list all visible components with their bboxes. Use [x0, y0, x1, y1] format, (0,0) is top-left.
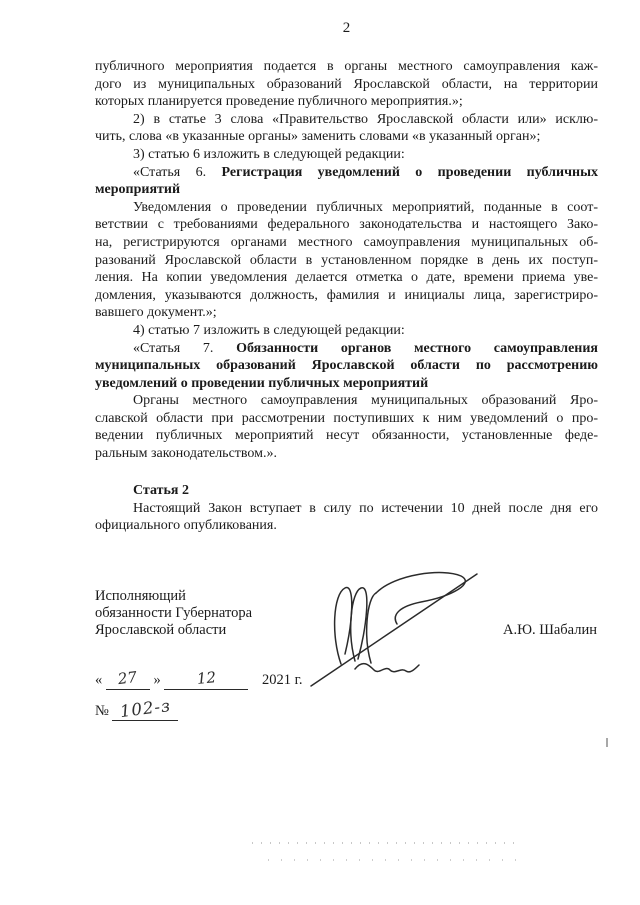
text-line: которых планируется проведение публичног…	[95, 93, 598, 111]
signatory-position-line: обязанности Губернатора	[95, 605, 252, 622]
text-line: дого из муниципальных образований Яросла…	[95, 76, 598, 94]
text-line: домления, указываются должность, фамилия…	[95, 287, 598, 305]
date-line: « 27 » 12 2021 г.	[95, 670, 303, 690]
number-underline: 102-з	[112, 700, 178, 721]
close-quote: »	[154, 672, 161, 688]
text-line: ветствии с требованиями федерального зак…	[95, 216, 598, 234]
number-sign: №	[95, 703, 109, 719]
signature-scribble-icon	[303, 566, 488, 701]
text-line: славской области при рассмотрении поступ…	[95, 410, 598, 428]
month-underline: 12	[164, 670, 248, 690]
scan-artifact-speckles	[252, 842, 520, 844]
text-line: Уведомления о проведении публичных мероп…	[95, 199, 598, 217]
text-line: уведомлений о проведении публичных мероп…	[95, 375, 598, 393]
day-underline: 27	[106, 670, 150, 690]
signatory-name: А.Ю. Шабалин	[503, 622, 597, 639]
text-line: ведении публичных мероприятий несут обяз…	[95, 427, 598, 445]
number-line: № 102-з	[95, 700, 178, 721]
text-line: 4) статью 7 изложить в следующей редакци…	[95, 322, 598, 340]
signatory-position-line: Ярославской области	[95, 622, 252, 639]
scan-artifact-speckles	[268, 859, 516, 861]
signatory-position-line: Исполняющий	[95, 588, 252, 605]
open-quote: «	[95, 672, 102, 688]
page-number: 2	[95, 20, 598, 37]
article-2-block: Статья 2Настоящий Закон вступает в силу …	[95, 482, 598, 535]
text-line: вавшего документ.»;	[95, 304, 598, 322]
text-line: официального опубликования.	[95, 517, 598, 535]
text-line: муниципальных образований Ярославской об…	[95, 357, 598, 375]
scanned-document-page: 2 публичного мероприятия подается в орга…	[0, 0, 640, 905]
text-line: «Статья 6. Регистрация уведомлений о про…	[95, 164, 598, 182]
text-line: разований Ярославской области в установл…	[95, 252, 598, 270]
text-line: публичного мероприятия подается в органы…	[95, 58, 598, 76]
text-line: мероприятий	[95, 181, 598, 199]
year-label: 2021 г.	[262, 672, 303, 688]
scan-artifact-tick	[606, 738, 608, 747]
handwritten-day: 27	[117, 668, 138, 688]
handwritten-number: 102-з	[119, 696, 172, 721]
signatory-position: Исполняющий обязанности Губернатора Ярос…	[95, 588, 252, 640]
text-line: 2) в статье 3 слова «Правительство Яросл…	[95, 111, 598, 129]
text-line: Органы местного самоуправления муниципал…	[95, 392, 598, 410]
text-line: 3) статью 6 изложить в следующей редакци…	[95, 146, 598, 164]
text-line: ления. На копии уведомления делается отм…	[95, 269, 598, 287]
text-line: «Статья 7. Обязанности органов местного …	[95, 340, 598, 358]
text-line: на, регистрируются органами местного сам…	[95, 234, 598, 252]
text-line: ральным законодательством.».	[95, 445, 598, 463]
text-line: Настоящий Закон вступает в силу по истеч…	[95, 500, 598, 518]
text-line: Статья 2	[95, 482, 598, 500]
text-line: чить, слова «в указанные органы» заменит…	[95, 128, 598, 146]
document-body: публичного мероприятия подается в органы…	[95, 58, 598, 463]
handwritten-month: 12	[196, 668, 217, 688]
